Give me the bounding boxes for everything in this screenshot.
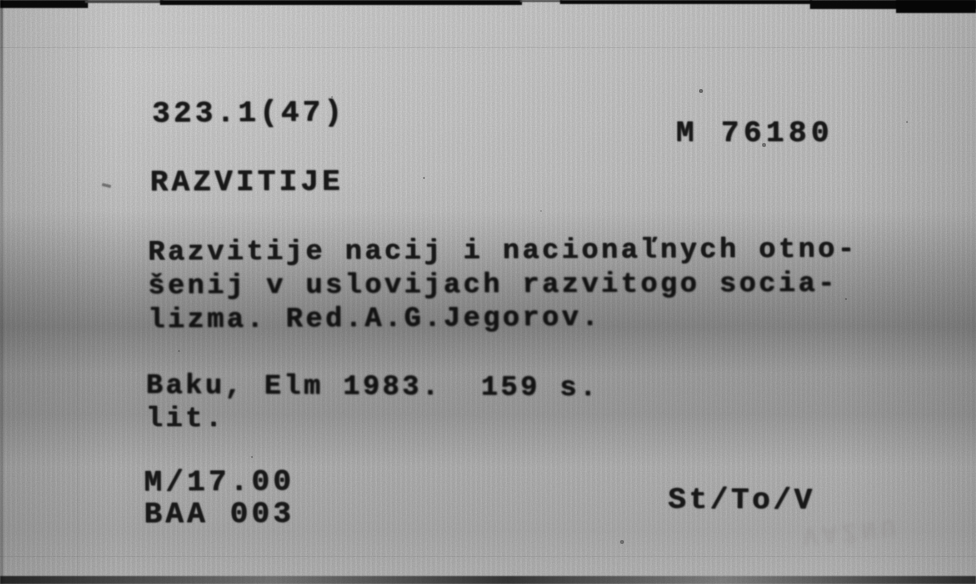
title-line-3: lizma. Red.A.G.Jegorov.	[148, 303, 601, 336]
title-line-2: šenij v uslovijach razvitogo socia-	[148, 269, 838, 302]
catalog-card-scan: 323.1(47) M 76180 RAZVITIJE Razvitije na…	[0, 0, 976, 584]
classification-number: 323.1(47)	[152, 96, 346, 131]
paper-crease-line	[77, 0, 78, 584]
title-line-1: Razvitije nacij i nacionaľnych otno-	[148, 234, 857, 268]
price-code: M/17.00	[144, 465, 295, 500]
collation-line: lit.	[146, 404, 225, 435]
control-number: M 76180	[676, 117, 834, 151]
ink-specks	[0, 0, 2, 2]
card-bottom-edge-line	[0, 556, 976, 557]
film-edge-top-segment	[560, 0, 812, 4]
film-edge-top-segment	[85, 0, 163, 3]
film-edge-bottom	[0, 576, 976, 584]
film-edge-top-segment	[0, 0, 88, 8]
card-top-edge-line	[0, 47, 976, 48]
imprint-line: Baku, Elm 1983. 159 s.	[146, 371, 599, 404]
film-edge-top-segment	[520, 0, 562, 2]
cataloguer-code: St/To/V	[668, 484, 815, 519]
film-edge-top-segment	[160, 0, 522, 5]
film-edge-top-segment	[896, 0, 976, 13]
film-edge-left	[0, 0, 3, 584]
main-heading: RAZVITIJE	[150, 166, 344, 201]
inventory-code: BAA 003	[144, 498, 295, 533]
